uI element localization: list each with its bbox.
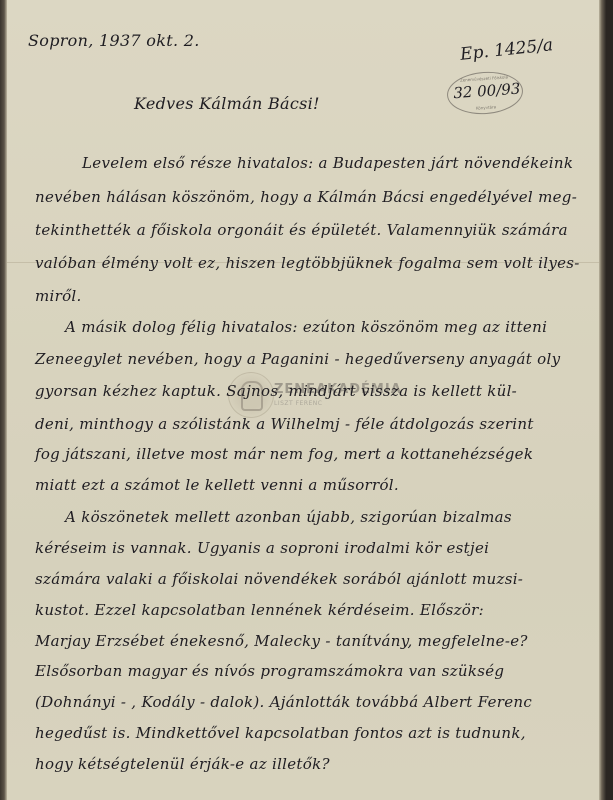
watermark-subtitle: LISZT FERENC <box>274 400 322 407</box>
letter-line: valóban élmény volt ez, hiszen legtöbbjü… <box>35 254 580 272</box>
letter-line: miatt ezt a számot le kellett venni a mű… <box>35 476 399 494</box>
place-date: Sopron, 1937 okt. 2. <box>28 31 200 50</box>
letter-line: Levelem első része hivatalos: a Budapest… <box>82 154 573 172</box>
letter-line: A köszönetek mellett azonban újabb, szig… <box>65 508 512 526</box>
stamp-number: 32 00/93 <box>451 79 522 102</box>
letter-line: hegedűst is. Mindkettővel kapcsolatban f… <box>35 724 526 742</box>
letter-line: Marjay Erzsébet énekesnő, Malecky - taní… <box>35 632 528 650</box>
letter-line: számára valaki a főiskolai növendékek so… <box>35 570 523 588</box>
salutation: Kedves Kálmán Bácsi! <box>134 94 320 113</box>
page-right-edge <box>599 0 606 800</box>
letter-page: Sopron, 1937 okt. 2. Ep. 1425/a Zeneművé… <box>0 0 606 800</box>
letter-line: (Dohnányi - , Kodály - dalok). Ajánlottá… <box>35 693 532 711</box>
letter-line: fog játszani, illetve most már nem fog, … <box>35 445 533 463</box>
letter-line: kéréseim is vannak. Ugyanis a soproni ir… <box>35 539 489 557</box>
letter-line: hogy kétségtelenül érják-e az illetők? <box>35 755 330 773</box>
stamp-bottom-text: Könyvtára <box>449 102 523 112</box>
archive-reference: Ep. 1425/a <box>459 35 554 65</box>
letter-line: tekinthették a főiskola orgonáit és épül… <box>35 221 568 239</box>
letter-line: gyorsan kézhez kaptuk. Sajnos, mindjárt … <box>35 382 517 400</box>
letter-line: kustot. Ezzel kapcsolatban lennének kérd… <box>35 601 484 619</box>
letter-line: Zeneegylet nevében, hogy a Paganini - he… <box>35 350 560 368</box>
letter-line: miről. <box>35 287 82 305</box>
letter-line: deni, minthogy a szólistánk a Wilhelmj -… <box>35 415 534 433</box>
archive-stamp: Zeneművészeti Főiskola 32 00/93 Könyvtár… <box>446 69 525 116</box>
page-binding-edge <box>0 0 7 800</box>
letter-line: A másik dolog félig hivatalos: ezúton kö… <box>65 318 547 336</box>
letter-line: nevében hálásan köszönöm, hogy a Kálmán … <box>35 188 577 206</box>
letter-line: Elsősorban magyar és nívós programszámok… <box>35 662 504 680</box>
